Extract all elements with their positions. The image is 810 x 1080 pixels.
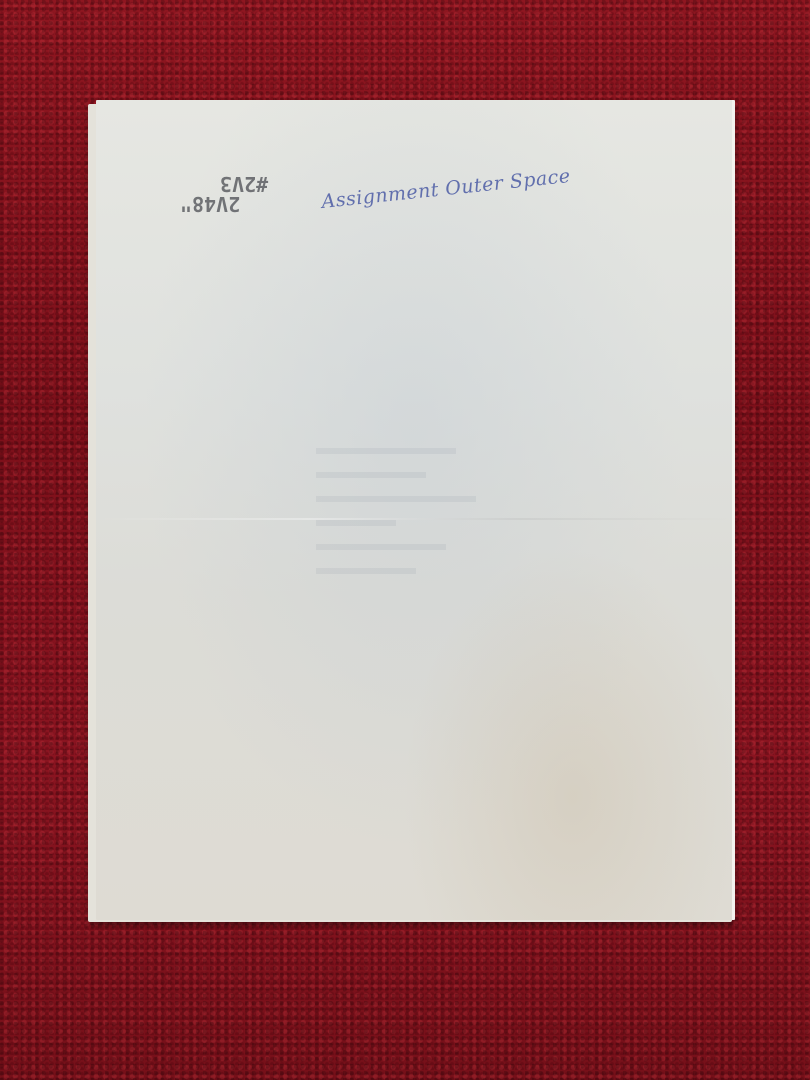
paper-document: #2V3 2V48" Assignment Outer Space	[88, 100, 736, 922]
stamp-number-2: 2V48"	[180, 192, 240, 216]
handwritten-title: Assignment Outer Space	[321, 165, 572, 213]
paper-front-sheet: #2V3 2V48" Assignment Outer Space	[96, 100, 735, 920]
fold-crease	[96, 518, 732, 520]
bleed-through-text	[316, 430, 516, 592]
